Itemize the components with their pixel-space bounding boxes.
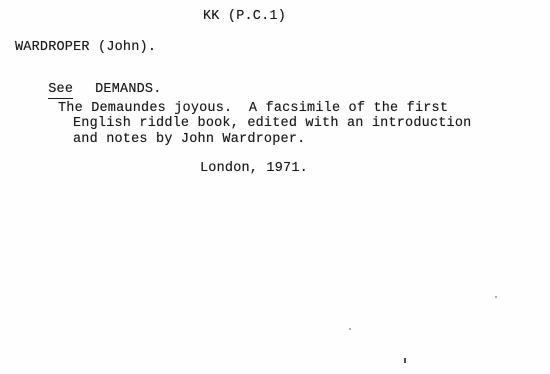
scan-speck (349, 328, 351, 330)
note-line: The Demaundes joyous. A facsimile of the… (58, 101, 448, 116)
main-heading: WARDROPER (John). (15, 40, 156, 55)
scan-speck (404, 358, 406, 363)
note-line: English riddle book, edited with an intr… (73, 116, 471, 131)
scan-speck (495, 296, 497, 298)
note-line: and notes by John Wardroper. (73, 132, 305, 147)
classmark: KK (P.C.1) (203, 9, 286, 24)
catalog-card: KK (P.C.1) WARDROPER (John). SeeDEMANDS.… (0, 0, 550, 374)
see-target: DEMANDS. (95, 82, 161, 97)
see-label: See (48, 82, 73, 99)
imprint: London, 1971. (200, 161, 308, 176)
